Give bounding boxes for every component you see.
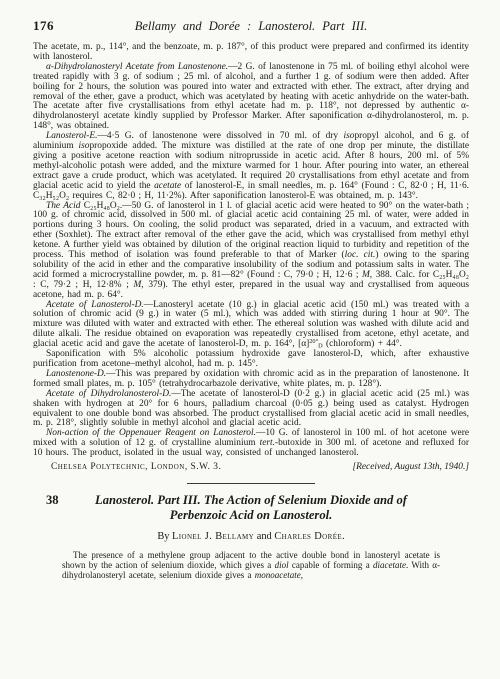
- paragraph: Lanosterol-E.—4·5 G. of lanostenone were…: [33, 132, 469, 201]
- article-number: 38: [46, 493, 59, 508]
- section-divider: [187, 483, 315, 484]
- received-date: [Received, August 13th, 1940.]: [353, 462, 469, 472]
- paragraph: Non-action of the Oppenauer Reagent on L…: [33, 429, 469, 459]
- article-body: The acetate, m. p., 114°, and the benzoa…: [33, 43, 469, 459]
- institution: Chelsea Polytechnic, London, S.W. 3.: [33, 462, 221, 472]
- paragraph: The acetate, m. p., 114°, and the benzoa…: [33, 43, 469, 63]
- article-footer: Chelsea Polytechnic, London, S.W. 3. [Re…: [33, 462, 469, 472]
- paragraph: Saponification with 5% alcoholic potassi…: [33, 350, 469, 370]
- paragraph: Lanostenone-D.—This was prepared by oxid…: [33, 370, 469, 390]
- paragraph: α-Dihydrolanosteryl Acetate from Lanoste…: [33, 63, 469, 132]
- byline: By Lionel J. Bellamy and Charles Dorée.: [33, 531, 469, 542]
- running-title: Bellamy and Dorée : Lanosterol. Part III…: [81, 19, 421, 34]
- paragraph: Acetate of Dihydrolanosterol-D.—The acet…: [33, 390, 469, 430]
- page-content: 176 Bellamy and Dorée : Lanosterol. Part…: [33, 18, 469, 580]
- page-number: 176: [33, 18, 81, 34]
- article-title: Lanosterol. Part III. The Action of Sele…: [95, 493, 407, 522]
- journal-page: 176 Bellamy and Dorée : Lanosterol. Part…: [0, 0, 500, 679]
- abstract: The presence of a methylene group adjace…: [62, 551, 440, 580]
- next-article-heading: 38 Lanosterol. Part III. The Action of S…: [33, 493, 469, 523]
- running-head: 176 Bellamy and Dorée : Lanosterol. Part…: [33, 18, 469, 34]
- paragraph: Acetate of Lanosterol-D.—Lanosteryl acet…: [33, 301, 469, 351]
- paragraph: The Acid C₂₅H₄₈O₂.—50 G. of lanosterol i…: [33, 202, 469, 301]
